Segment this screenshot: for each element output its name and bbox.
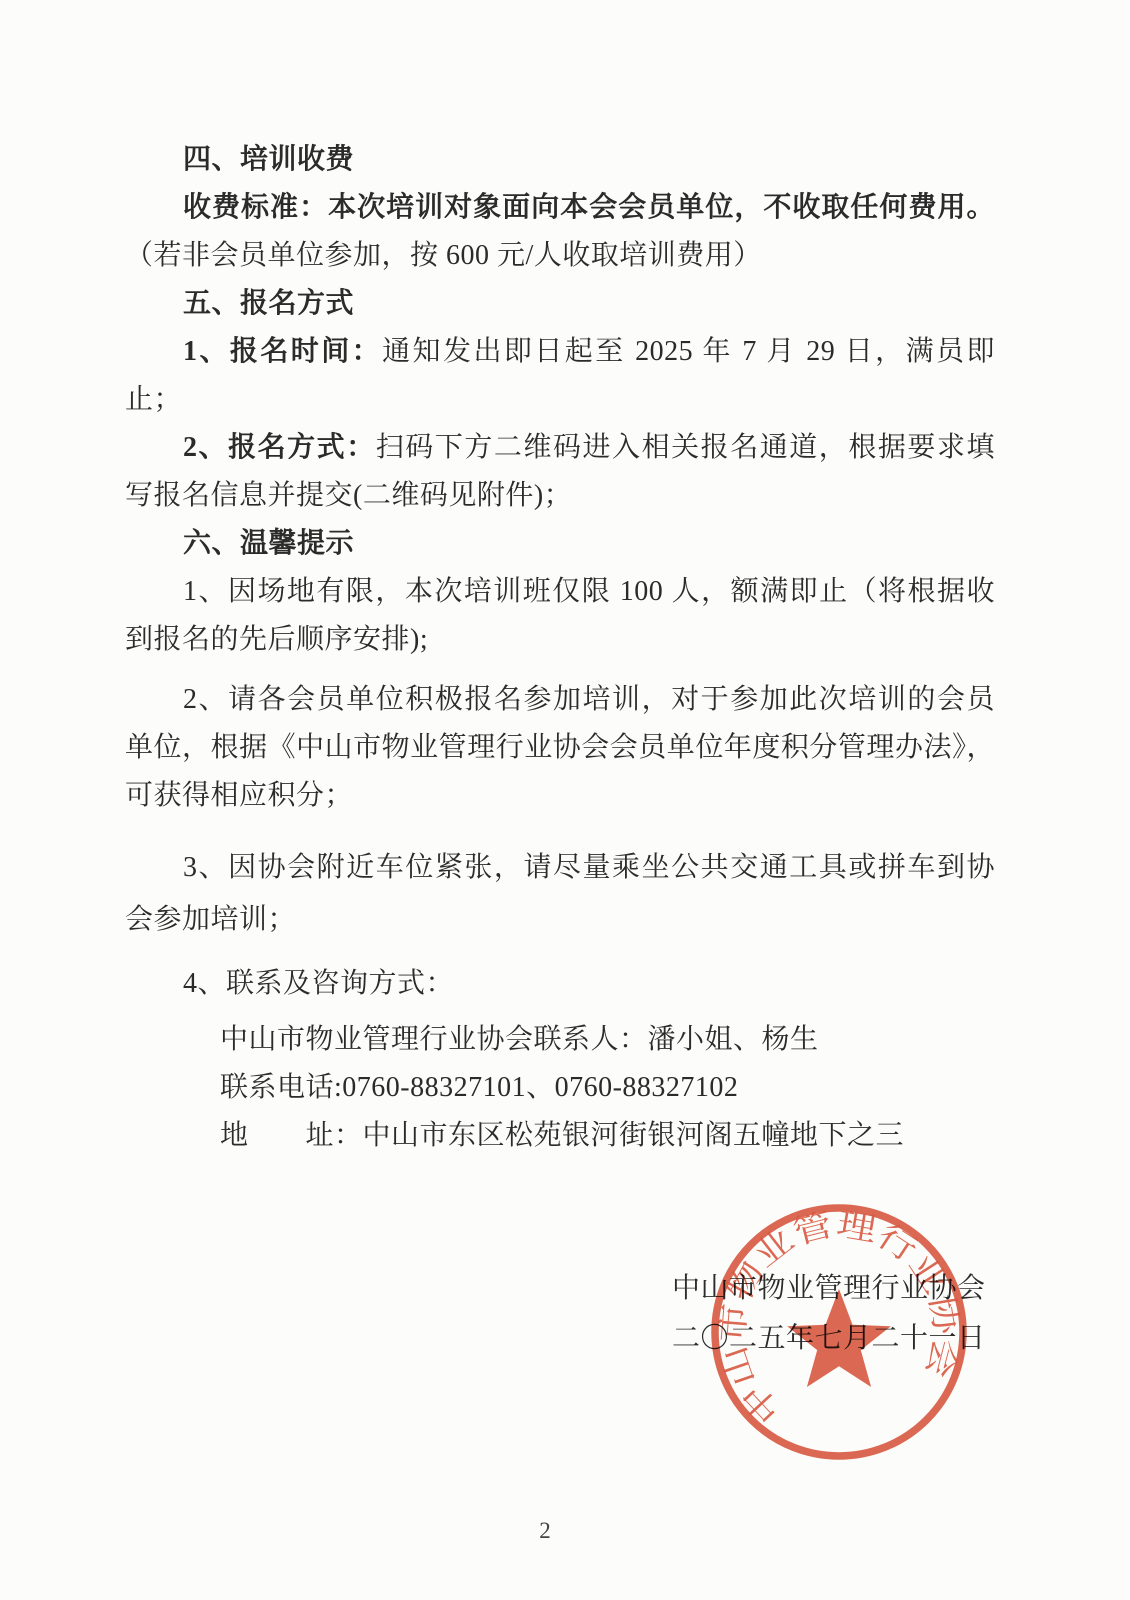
signature-block: 中山市物业管理行业协会 二〇二五年七月二十一日 xyxy=(672,1264,992,1364)
page-number: 2 xyxy=(530,1518,560,1544)
paragraph: 2、报名方式：扫码下方二维码进入相关报名通道，根据要求填写报名信息并提交(二维码… xyxy=(125,424,995,520)
paragraph: 中山市物业管理行业协会联系人：潘小姐、杨生 xyxy=(220,1016,995,1064)
paragraph: 1、因场地有限，本次培训班仅限 100 人，额满即止（将根据收到报名的先后顺序安… xyxy=(125,568,995,664)
paragraph-lead: 五、报名方式 xyxy=(183,288,354,319)
paragraph-lead: 1、报名时间： xyxy=(183,336,382,367)
paragraph: 1、报名时间：通知发出即日起至 2025 年 7 月 29 日，满员即止； xyxy=(125,328,995,424)
paragraph: 联系电话:0760-88327101、0760-88327102 xyxy=(220,1064,995,1112)
paragraph-lead: 收费标准： xyxy=(183,192,328,223)
paragraph: 3、因协会附近车位紧张，请尽量乘坐公共交通工具或拼车到协会参加培训； xyxy=(125,842,995,946)
signature-org: 中山市物业管理行业协会 xyxy=(672,1264,992,1314)
document-body: 四、培训收费收费标准：本次培训对象面向本会会员单位，不收取任何费用。（若非会员单… xyxy=(125,136,995,1160)
paragraph: 地 址：中山市东区松苑银河街银河阁五幢地下之三 xyxy=(220,1112,995,1160)
document-page: 四、培训收费收费标准：本次培训对象面向本会会员单位，不收取任何费用。（若非会员单… xyxy=(0,0,1130,1600)
paragraph: 六、温馨提示 xyxy=(125,520,995,568)
paragraph-lead: 2、报名方式： xyxy=(183,432,376,463)
paragraph: 五、报名方式 xyxy=(125,280,995,328)
paragraph-lead: 六、温馨提示 xyxy=(183,528,354,559)
paragraph: 收费标准：本次培训对象面向本会会员单位，不收取任何费用。（若非会员单位参加，按 … xyxy=(125,184,995,280)
paragraph: 4、联系及咨询方式： xyxy=(125,960,995,1008)
paragraph-bold-text: 本次培训对象面向本会会员单位，不收取任何费用。 xyxy=(328,192,995,223)
paragraph-lead: 四、培训收费 xyxy=(183,144,354,175)
signature-date: 二〇二五年七月二十一日 xyxy=(672,1314,992,1364)
paragraph: 四、培训收费 xyxy=(125,136,995,184)
paragraph: 2、请各会员单位积极报名参加培训，对于参加此次培训的会员单位，根据《中山市物业管… xyxy=(125,676,995,820)
